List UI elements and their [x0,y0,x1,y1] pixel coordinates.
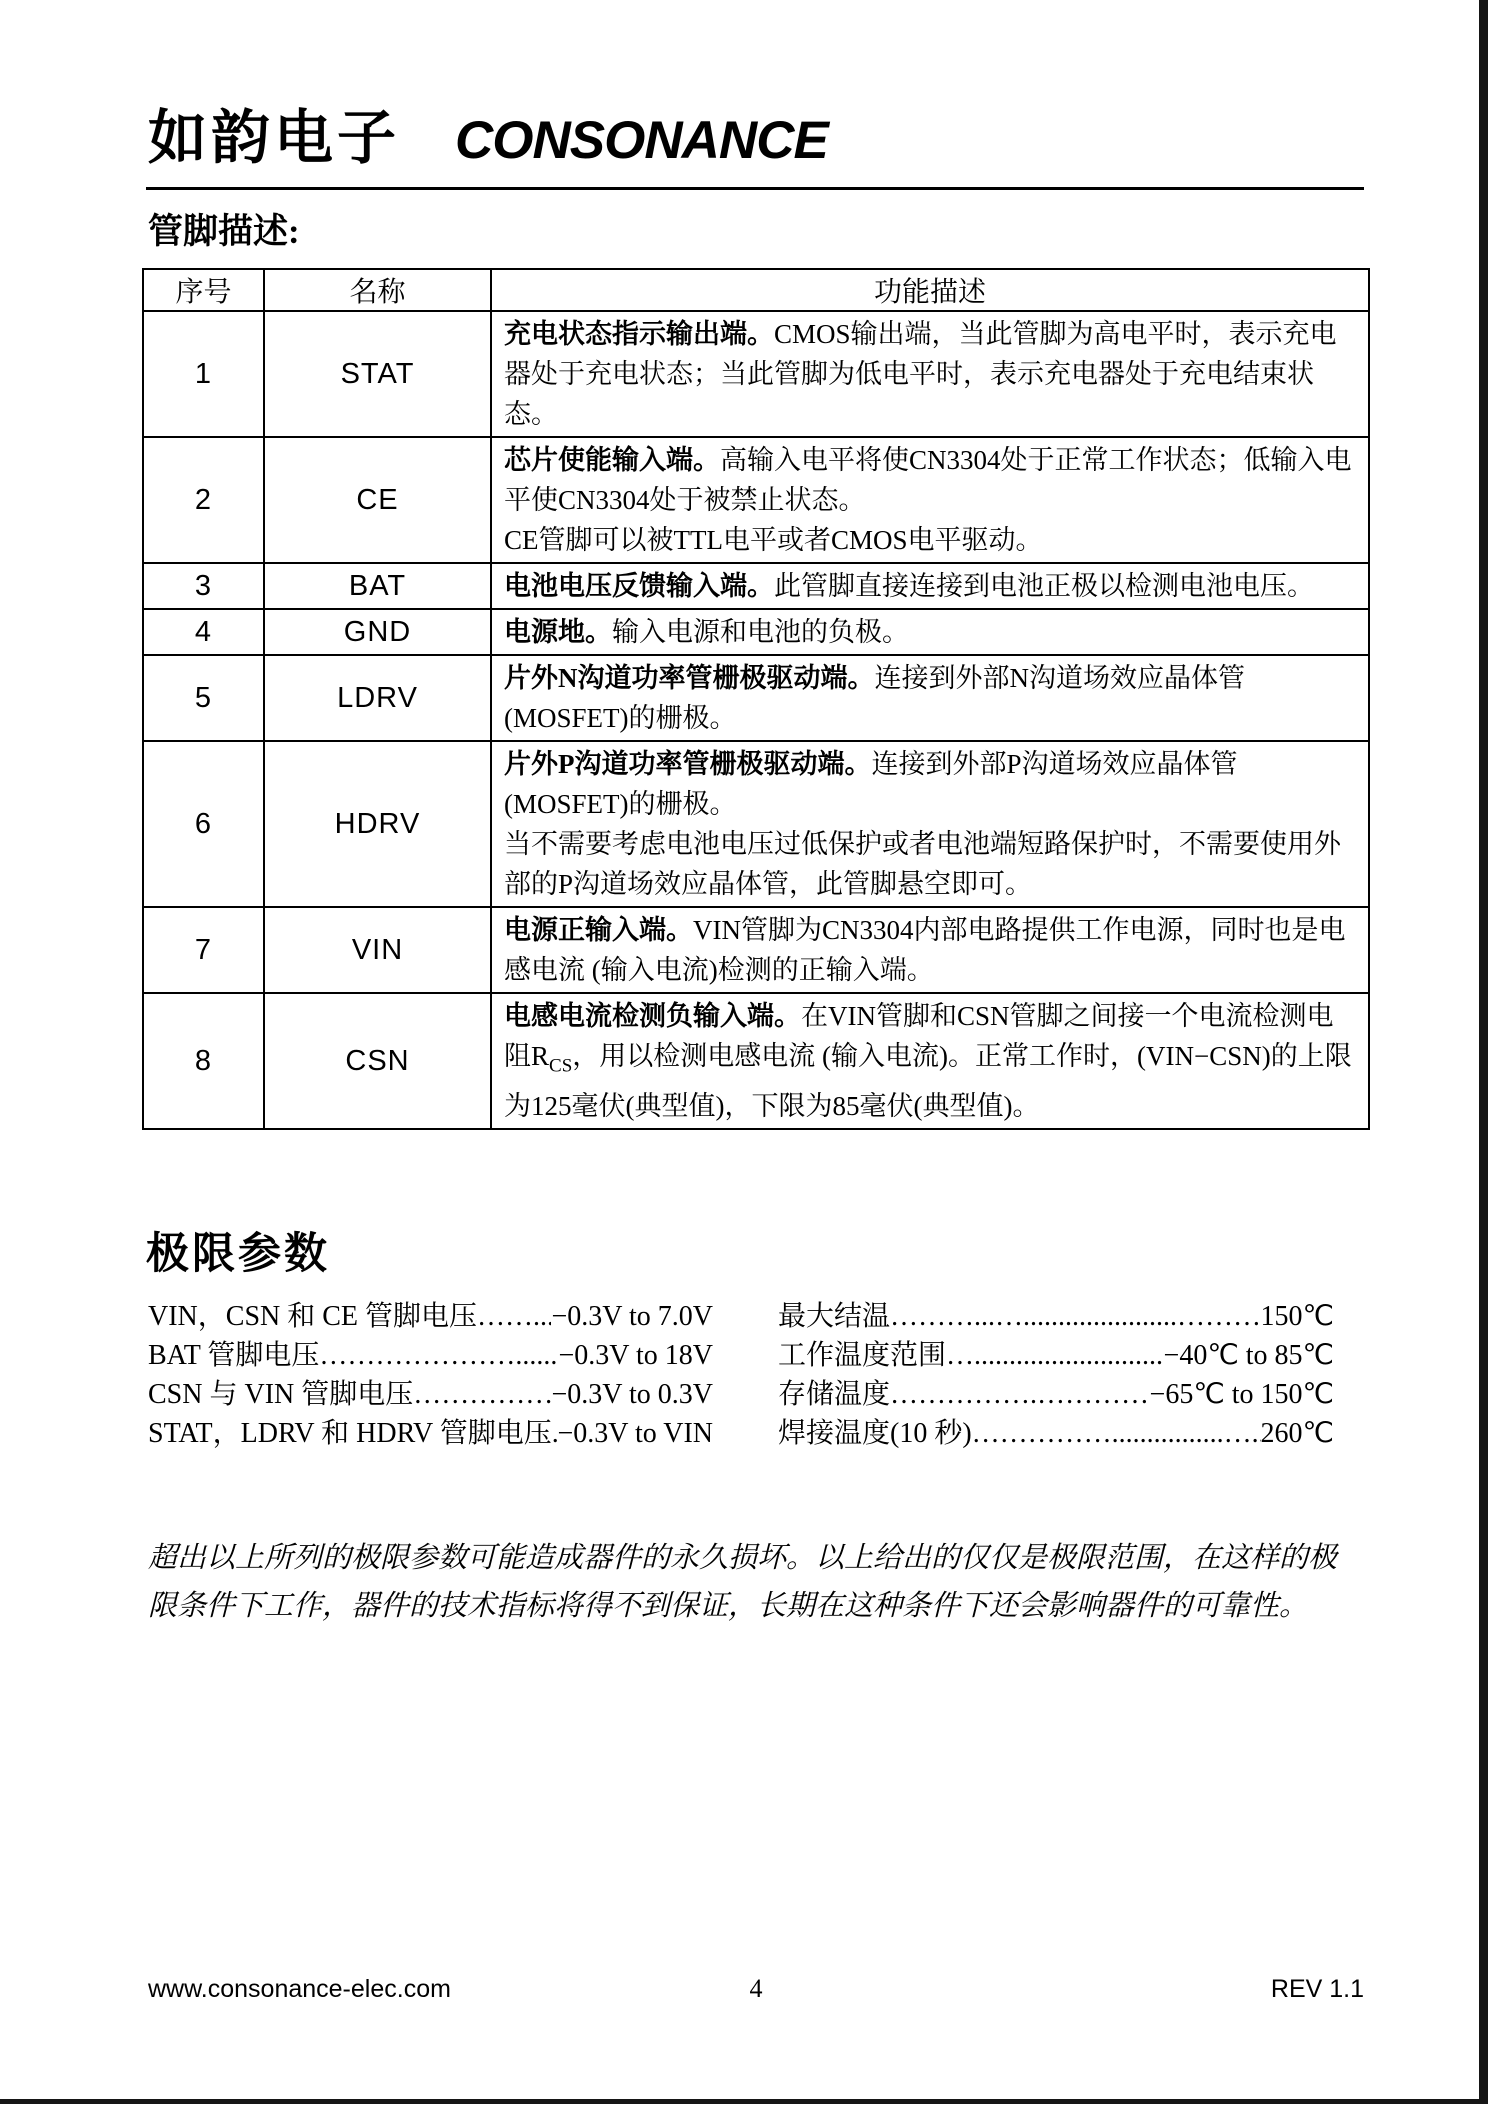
description-lead: 片外P沟道功率管栅极驱动端。 [504,749,872,779]
limit-label: CSN 与 VIN 管脚电压……………...… [148,1375,551,1414]
limit-value: −0.3V to 7.0V [551,1297,713,1336]
pin-number: 5 [143,655,264,741]
pin-row-ce: 2 CE 芯片使能输入端。高输入电平将使CN3304处于正常工作状态；低输入电平… [143,437,1369,563]
pin-name: CSN [264,993,491,1129]
table-header-row: 序号 名称 功能描述 [143,269,1369,311]
limit-value: −0.3V to 0.3V [551,1375,713,1414]
limit-label: BAT 管脚电压…………………......…… [148,1336,558,1375]
pin-number: 2 [143,437,264,563]
limits-column-temperatures: 最大结温………...…......................………...1… [778,1297,1334,1453]
limit-line: 最大结温………...…......................………...1… [778,1297,1334,1336]
pin-name: BAT [264,563,491,609]
limit-line: STAT，LDRV 和 HDRV 管脚电压..−0.3V to VIN [148,1414,713,1453]
description-lead: 电源正输入端。 [504,915,693,945]
pin-function-description: 电源正输入端。VIN管脚为CN3304内部电路提供工作电源，同时也是电感电流 (… [491,907,1369,993]
pin-function-description: 片外N沟道功率管栅极驱动端。连接到外部N沟道场效应晶体管(MOSFET)的栅极。 [491,655,1369,741]
pin-function-description: 片外P沟道功率管栅极驱动端。连接到外部P沟道场效应晶体管(MOSFET)的栅极。… [491,741,1369,907]
description-body: 此管脚直接连接到电池正极以检测电池电压。 [774,571,1314,601]
description-lead: 电感电流检测负输入端。 [504,1001,801,1031]
pin-row-hdrv: 6 HDRV 片外P沟道功率管栅极驱动端。连接到外部P沟道场效应晶体管(MOSF… [143,741,1369,907]
pin-row-bat: 3 BAT 电池电压反馈输入端。此管脚直接连接到电池正极以检测电池电压。 [143,563,1369,609]
resistor-subscript: CS [549,1055,572,1076]
description-lead: 电源地。 [504,617,612,647]
limit-label: 工作温度范围….............................. [778,1336,1164,1375]
description-body: 输入电源和电池的负极。 [612,617,909,647]
limit-value: −0.3V to 18V [558,1336,713,1375]
description-lead: 片外N沟道功率管栅极驱动端。 [504,663,875,693]
pin-number: 3 [143,563,264,609]
scan-edge-bottom [0,2099,1488,2104]
pin-description-title: 管脚描述: [148,204,300,254]
pin-row-ldrv: 5 LDRV 片外N沟道功率管栅极驱动端。连接到外部N沟道场效应晶体管(MOSF… [143,655,1369,741]
description-lead: 充电状态指示输出端。 [504,319,774,349]
column-header-number: 序号 [143,269,264,311]
page-footer: www.consonance-elec.com 4 REV 1.1 [148,1974,1364,2004]
limit-line: 焊接温度(10 秒)……………................…...260℃ [778,1414,1334,1453]
pin-description-table: 序号 名称 功能描述 1 STAT 充电状态指示输出端。CMOS输出端，当此管脚… [142,268,1370,1130]
scan-edge-right [1479,0,1488,2104]
pin-row-stat: 1 STAT 充电状态指示输出端。CMOS输出端，当此管脚为高电平时，表示充电器… [143,311,1369,437]
limit-value: 260℃ [1261,1414,1334,1453]
limit-label: STAT，LDRV 和 HDRV 管脚电压.. [148,1414,557,1453]
company-logo: 如韵电子CONSONANCE [148,90,828,175]
pin-name: STAT [264,311,491,437]
description-lead: 电池电压反馈输入端。 [504,571,774,601]
footer-revision: REV 1.1 [1271,1975,1364,2004]
footer-page-number: 4 [750,1974,763,2004]
pin-function-description: 电感电流检测负输入端。在VIN管脚和CSN管脚之间接一个电流检测电阻RCS，用以… [491,993,1369,1129]
limit-value: −65℃ to 150℃ [1150,1375,1334,1414]
limit-value: −40℃ to 85℃ [1164,1336,1334,1375]
pin-name: GND [264,609,491,655]
limit-line: CSN 与 VIN 管脚电压……………...…−0.3V to 0.3V [148,1375,713,1414]
pin-number: 7 [143,907,264,993]
pin-name: HDRV [264,741,491,907]
limit-line: 工作温度范围…..............................−40… [778,1336,1334,1375]
header-divider [146,187,1364,190]
limit-line: 存储温度…………….………….......−65℃ to 150℃ [778,1375,1334,1414]
pin-number: 1 [143,311,264,437]
pin-name: VIN [264,907,491,993]
pin-number: 6 [143,741,264,907]
logo-english-name: CONSONANCE [455,111,828,170]
limit-label: 焊接温度(10 秒)……………................…... [778,1414,1261,1453]
logo-chinese-name: 如韵电子 [148,105,400,171]
pin-name: CE [264,437,491,563]
limits-section-title: 极限参数 [146,1220,330,1281]
limits-warning-note: 超出以上所列的极限参数可能造成器件的永久损坏。以上给出的仅仅是极限范围，在这样的… [148,1534,1360,1630]
limits-column-voltages: VIN，CSN 和 CE 管脚电压…….....…−0.3V to 7.0V B… [148,1297,713,1453]
limit-value: 150℃ [1261,1297,1334,1336]
limit-label: 存储温度…………….…………....... [778,1375,1150,1414]
pin-function-description: 电源地。输入电源和电池的负极。 [491,609,1369,655]
pin-number: 4 [143,609,264,655]
description-lead: 芯片使能输入端。 [504,445,720,475]
pin-row-csn: 8 CSN 电感电流检测负输入端。在VIN管脚和CSN管脚之间接一个电流检测电阻… [143,993,1369,1129]
limit-label: VIN，CSN 和 CE 管脚电压…….....… [148,1297,551,1336]
pin-row-vin: 7 VIN 电源正输入端。VIN管脚为CN3304内部电路提供工作电源，同时也是… [143,907,1369,993]
limit-line: VIN，CSN 和 CE 管脚电压…….....…−0.3V to 7.0V [148,1297,713,1336]
pin-name: LDRV [264,655,491,741]
limit-line: BAT 管脚电压…………………......……−0.3V to 18V [148,1336,713,1375]
pin-function-description: 电池电压反馈输入端。此管脚直接连接到电池正极以检测电池电压。 [491,563,1369,609]
description-body-continued: ，用以检测电感电流 (输入电流)。正常工作时，(VIN−CSN)的上限为125毫… [504,1041,1352,1121]
pin-number: 8 [143,993,264,1129]
pin-function-description: 充电状态指示输出端。CMOS输出端，当此管脚为高电平时，表示充电器处于充电状态；… [491,311,1369,437]
limits-list: VIN，CSN 和 CE 管脚电压…….....…−0.3V to 7.0V B… [148,1297,1334,1453]
description-extra: CE管脚可以被TTL电平或者CMOS电平驱动。 [504,520,1356,560]
limit-label: 最大结温………...…......................………... [778,1297,1261,1336]
pin-row-gnd: 4 GND 电源地。输入电源和电池的负极。 [143,609,1369,655]
column-header-name: 名称 [264,269,491,311]
column-header-function: 功能描述 [491,269,1369,311]
limit-value: −0.3V to VIN [557,1414,713,1453]
pin-function-description: 芯片使能输入端。高输入电平将使CN3304处于正常工作状态；低输入电平使CN33… [491,437,1369,563]
description-extra: 当不需要考虑电池电压过低保护或者电池端短路保护时，不需要使用外部的P沟道场效应晶… [504,824,1356,904]
footer-website: www.consonance-elec.com [148,1975,451,2004]
